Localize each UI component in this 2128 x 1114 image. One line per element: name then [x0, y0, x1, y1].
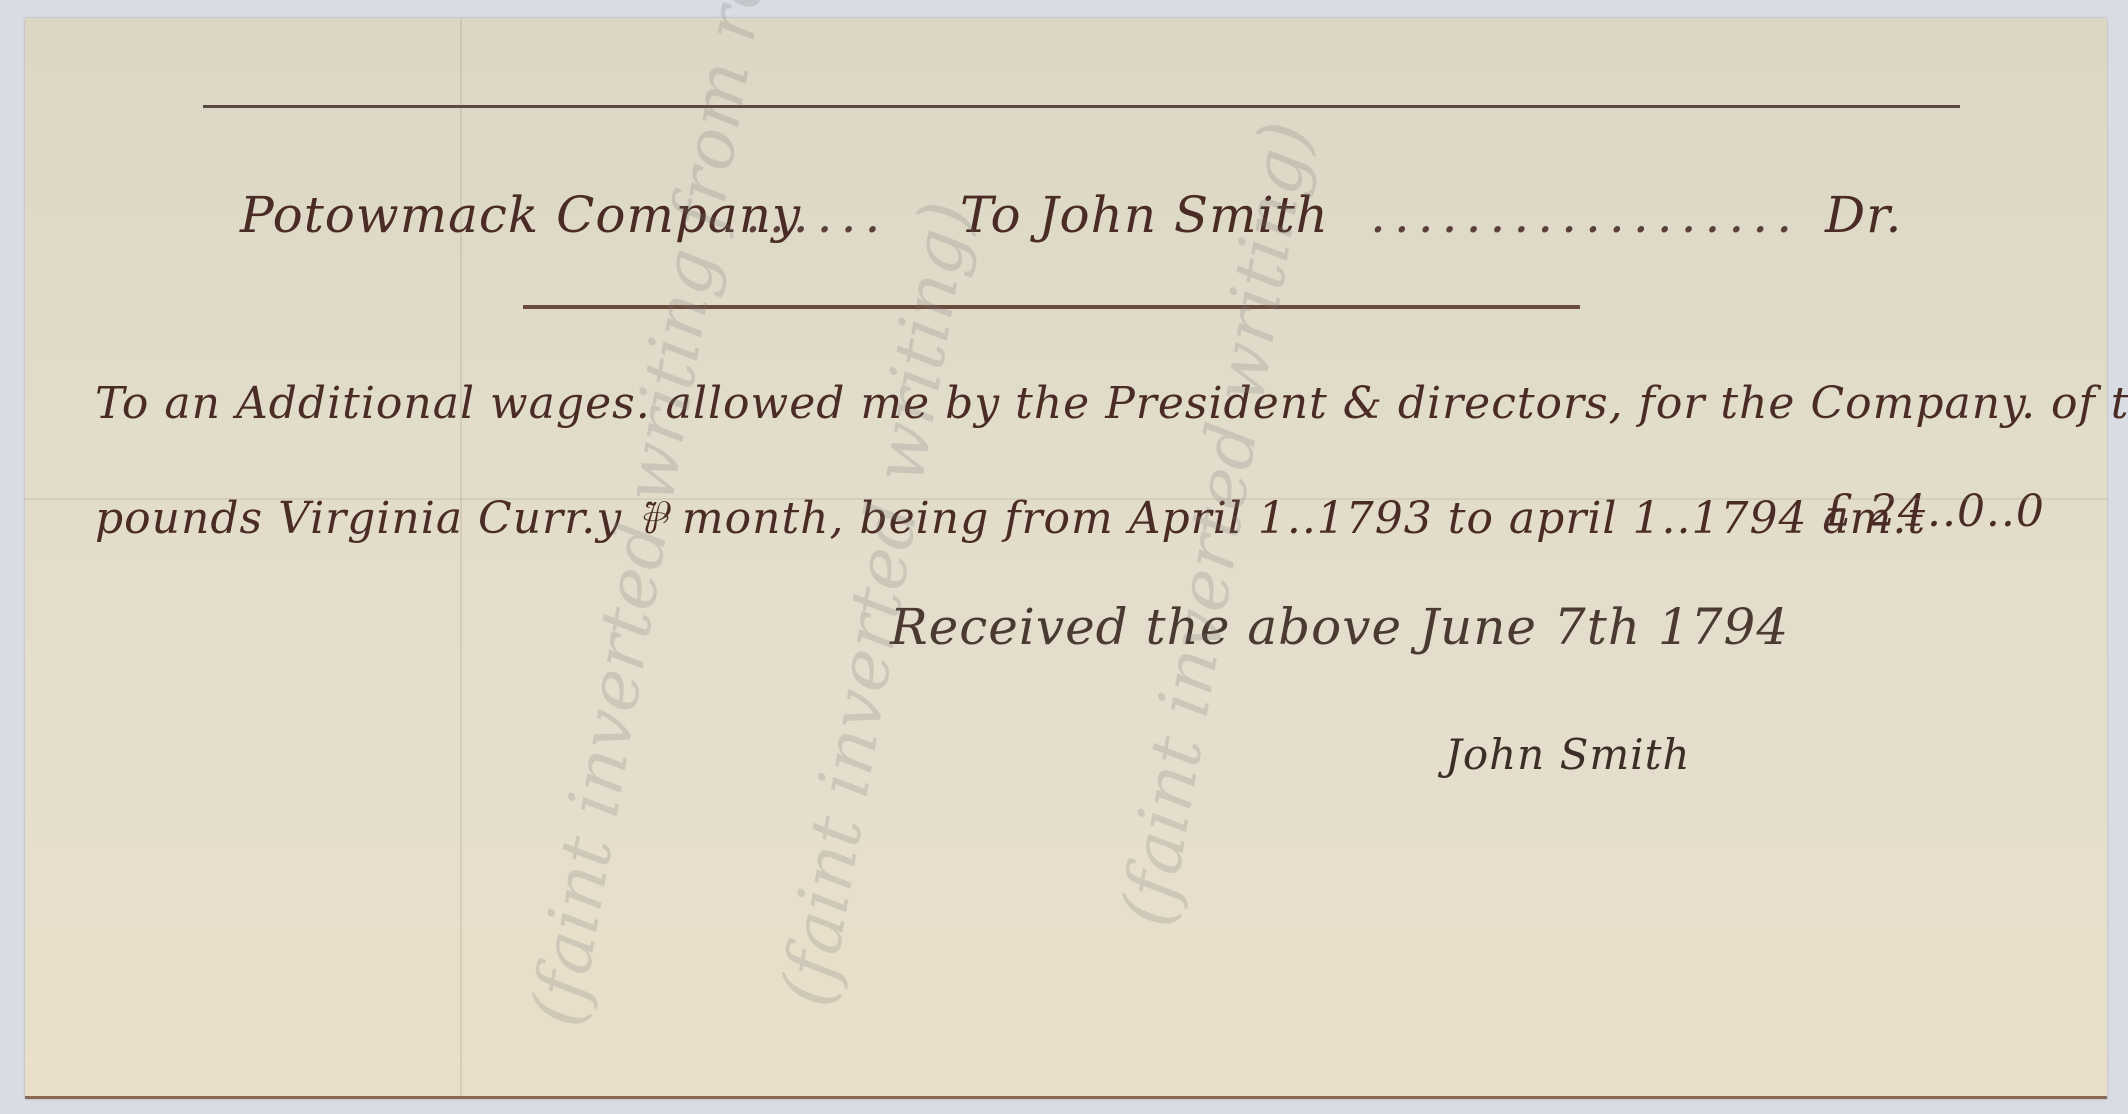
top-rule-line	[203, 105, 1960, 108]
debtor-marker: Dr.	[1825, 186, 1902, 244]
signature: John Smith	[1445, 730, 1691, 779]
document-paper: Potowmack Company ...... To John Smith .…	[25, 18, 2107, 1099]
body-line-2: pounds Virginia Curr.y ⅌ month, being fr…	[95, 486, 1926, 546]
leader-dots-2: ..................	[1370, 186, 1800, 244]
receipt-line: Received the above June 7th 1794	[890, 598, 1789, 656]
amount: £ 24..0..0	[1825, 486, 2045, 537]
body-line-1: To an Additional wages. allowed me by th…	[95, 378, 2128, 429]
leader-dots-1: ......	[745, 186, 888, 244]
